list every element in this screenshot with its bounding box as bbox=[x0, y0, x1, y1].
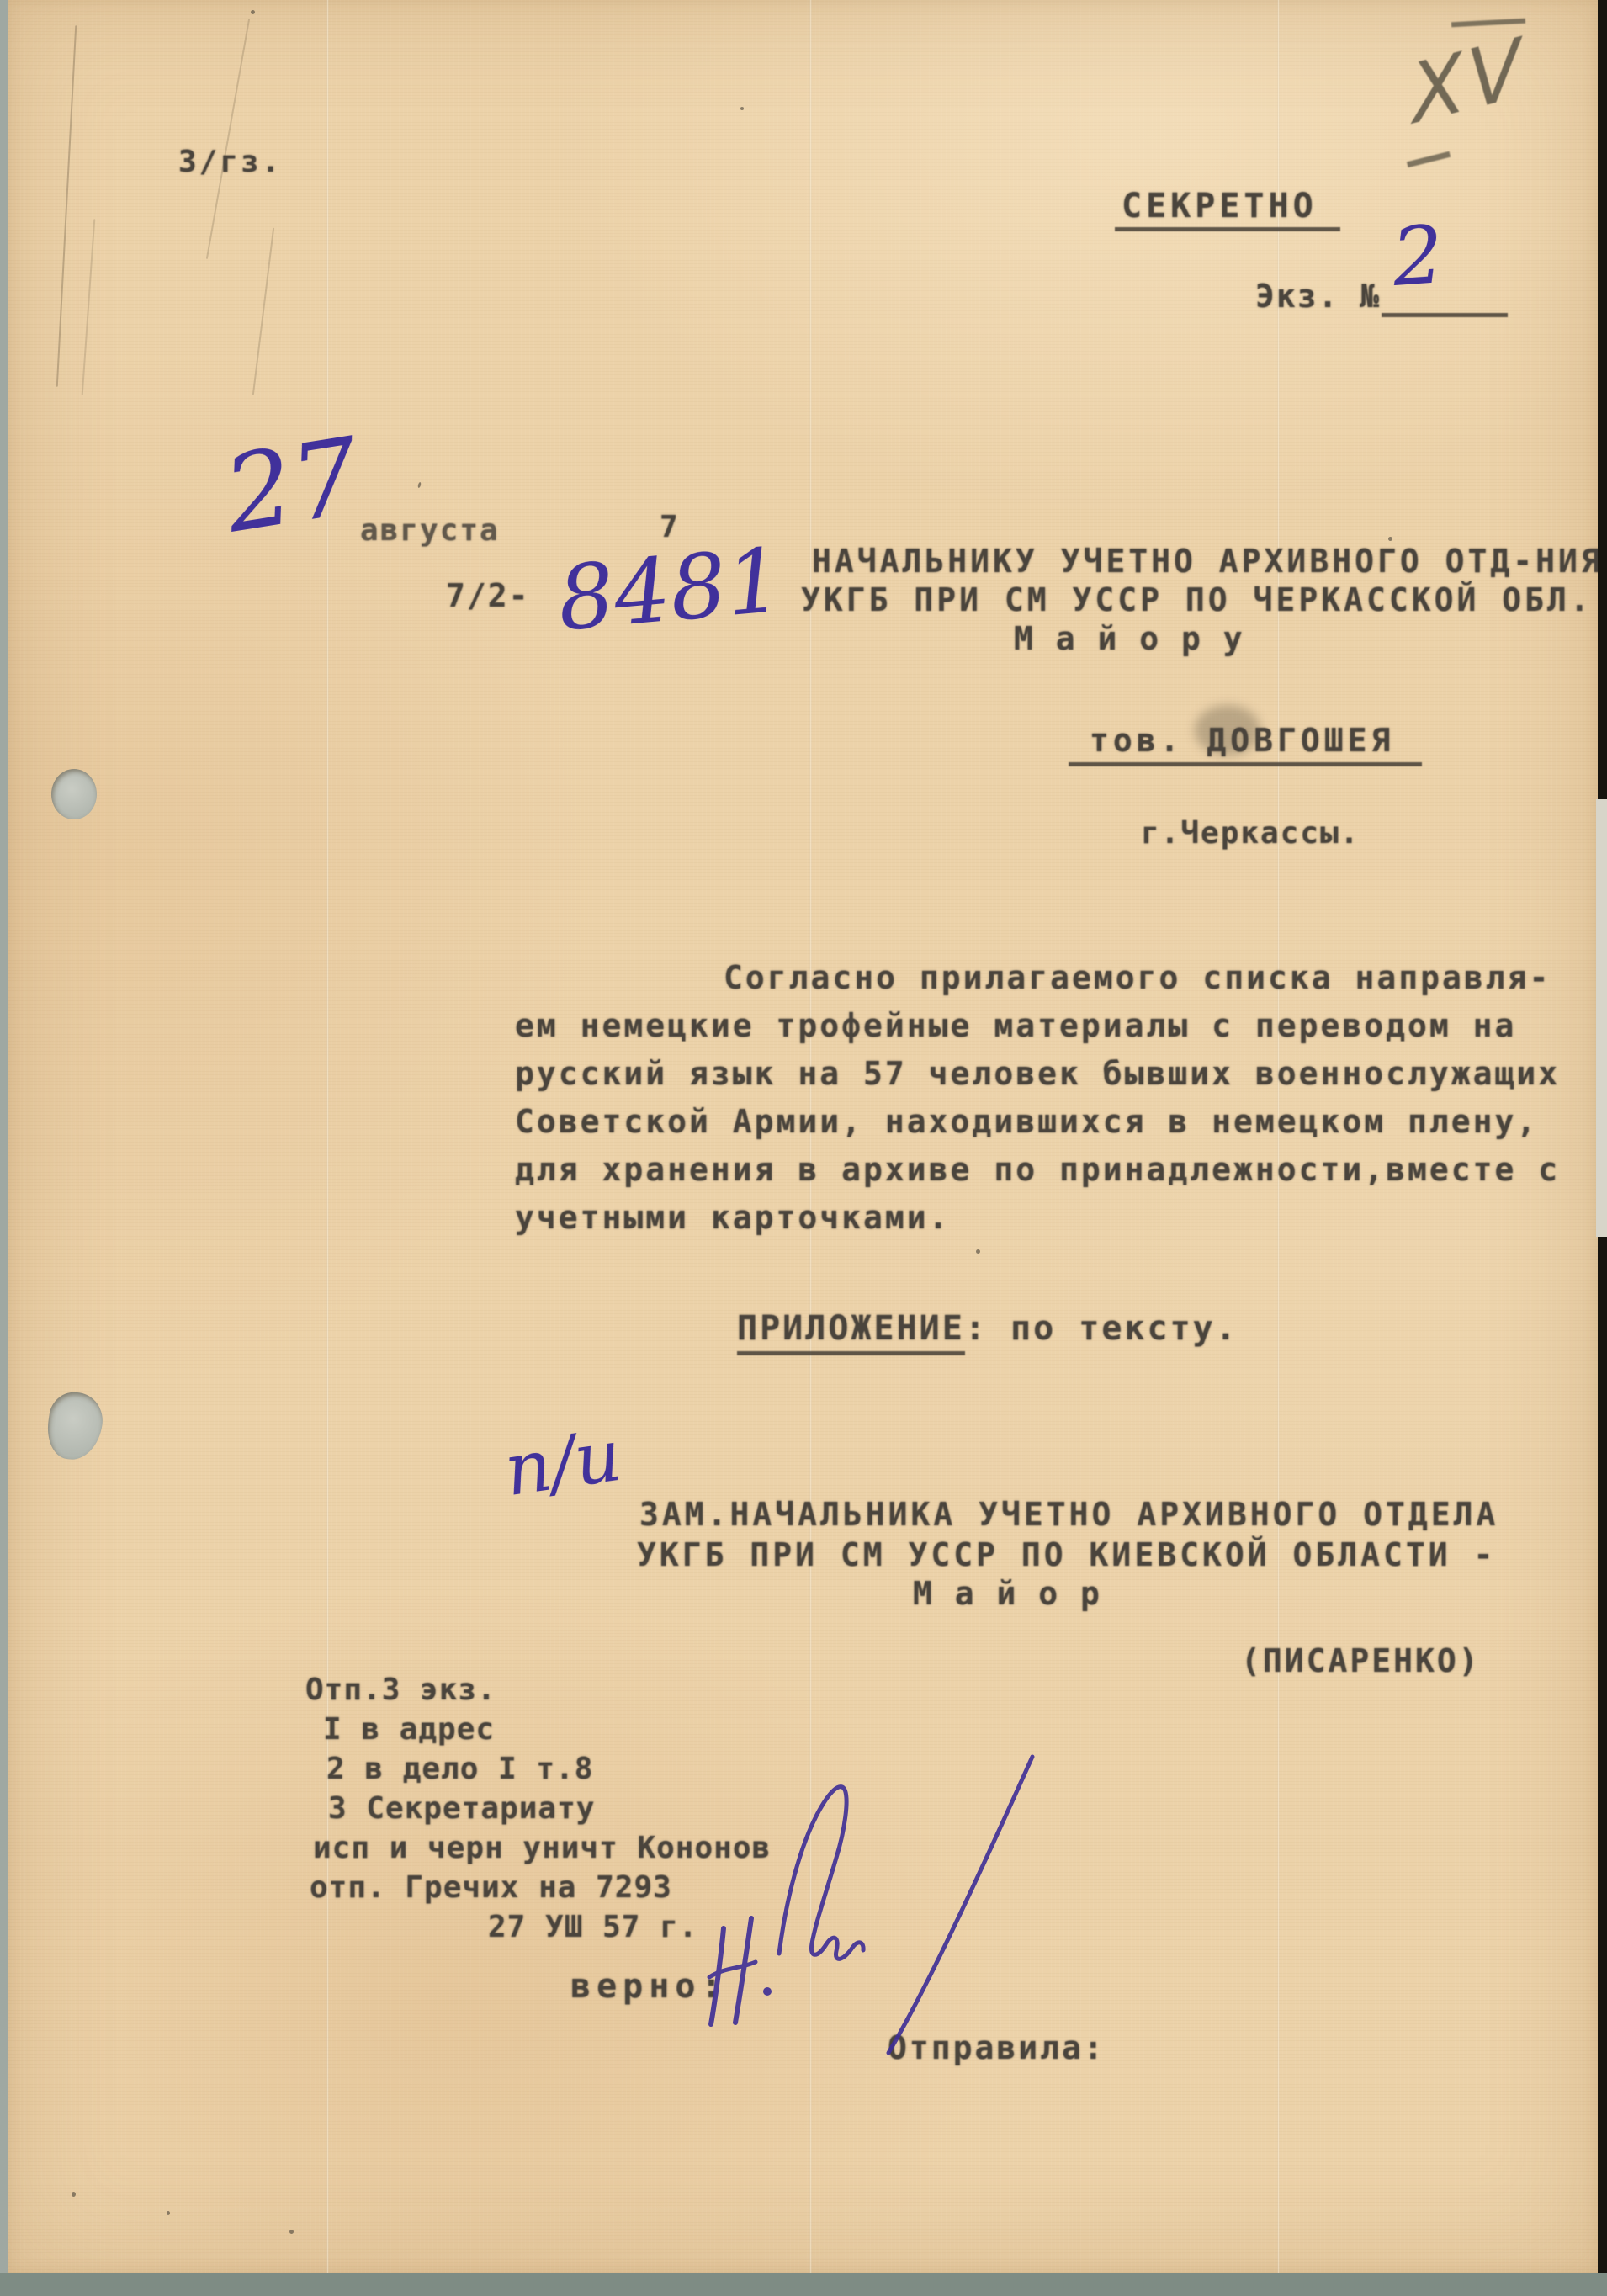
recipient-name: тов. ДОВГОШЕЯ bbox=[1090, 722, 1394, 759]
secrecy-underline bbox=[1115, 227, 1340, 231]
signer-title-line-2: УКГБ ПРИ СМ УССР ПО КИЕВСКОЙ ОБЛАСТИ - bbox=[637, 1536, 1496, 1573]
ink-speck bbox=[976, 1249, 980, 1254]
body-line: учетными карточками. bbox=[515, 1199, 951, 1236]
recipient-line-1: НАЧАЛЬНИКУ УЧЕТНО АРХИВНОГО ОТД-НИЯ bbox=[812, 543, 1598, 580]
handwritten-sheet-number: XV bbox=[1406, 21, 1530, 142]
scanner-edge-right-light bbox=[1596, 799, 1607, 1237]
ink-speck bbox=[417, 482, 422, 489]
footer-line: I в адрес bbox=[323, 1712, 495, 1747]
punch-hole bbox=[51, 769, 97, 819]
ink-speck bbox=[167, 2211, 170, 2215]
body-line: русский язык на 57 человек бывших военно… bbox=[515, 1055, 1560, 1092]
handwritten-mark: п/и bbox=[500, 1414, 627, 1513]
attachment-line: ПРИЛОЖЕНИЕ: по тексту. bbox=[737, 1309, 1238, 1348]
copy-label: Экз. № bbox=[1255, 278, 1381, 315]
footer-line: 27 УШ 57 г. bbox=[488, 1910, 697, 1944]
ink-speck bbox=[72, 2192, 76, 2197]
handwritten-copy-number: 2 bbox=[1389, 209, 1446, 305]
pencil-crease bbox=[252, 228, 274, 395]
copy-number-underline bbox=[1382, 313, 1508, 317]
pencil-crease bbox=[56, 25, 77, 387]
fold-line bbox=[326, 0, 329, 2273]
punch-hole bbox=[44, 1389, 107, 1463]
reference-prefix: 7/2- bbox=[446, 577, 530, 614]
paper-sheet: 3/гз. XV СЕКРЕТНО Экз. № 2 27 августа 7 … bbox=[8, 0, 1598, 2273]
typed-month: августа bbox=[360, 513, 500, 548]
handwritten-day: 27 bbox=[217, 415, 369, 556]
scanner-edge-left bbox=[0, 0, 8, 2273]
attachment-text: : по тексту. bbox=[965, 1309, 1238, 1348]
body-line: Согласно прилагаемого списка направля- bbox=[724, 959, 1551, 996]
body-line: ем немецкие трофейные материалы с перево… bbox=[515, 1007, 1516, 1044]
recipient-line-2: УКГБ ПРИ СМ УССР ПО ЧЕРКАССКОЙ ОБЛ. bbox=[801, 581, 1593, 618]
secrecy-stamp: СЕКРЕТНО bbox=[1122, 187, 1318, 225]
corner-mark: 3/гз. bbox=[178, 145, 282, 179]
footer-line: 3 Секретариату bbox=[328, 1791, 595, 1826]
handwritten-reference-number: 8481 bbox=[554, 529, 787, 651]
signer-rank: М а й о р bbox=[913, 1575, 1101, 1612]
recipient-name-underline bbox=[1069, 762, 1422, 766]
ink-speck bbox=[740, 107, 744, 110]
signature-ink bbox=[698, 1750, 1052, 2070]
pencil-crease bbox=[206, 19, 250, 259]
signer-title-line-1: ЗАМ.НАЧАЛЬНИКА УЧЕТНО АРХИВНОГО ОТДЕЛА bbox=[639, 1496, 1498, 1533]
recipient-city: г.Черкассы. bbox=[1141, 816, 1360, 851]
attachment-label: ПРИЛОЖЕНИЕ bbox=[737, 1309, 965, 1355]
footer-line: отп. Гречих на 7293 bbox=[310, 1870, 672, 1905]
scanner-edge-bottom bbox=[0, 2273, 1607, 2296]
footer-line: Отп.3 экз. bbox=[305, 1673, 496, 1707]
pencil-crease bbox=[82, 219, 96, 395]
body-line: для хранения в архиве по принадлежности,… bbox=[515, 1151, 1560, 1188]
signer-name: (ПИСАРЕНКО) bbox=[1241, 1642, 1481, 1679]
body-line: Советской Армии, находившихся в немецком… bbox=[515, 1103, 1538, 1140]
footer-line: 2 в дело I т.8 bbox=[326, 1752, 593, 1786]
ink-speck bbox=[251, 10, 255, 14]
ink-speck bbox=[289, 2230, 294, 2234]
scanned-document: 3/гз. XV СЕКРЕТНО Экз. № 2 27 августа 7 … bbox=[0, 0, 1607, 2296]
pencil-dash bbox=[1407, 151, 1451, 167]
ink-speck bbox=[1388, 537, 1392, 541]
recipient-rank: М а й о р у bbox=[1014, 620, 1244, 657]
